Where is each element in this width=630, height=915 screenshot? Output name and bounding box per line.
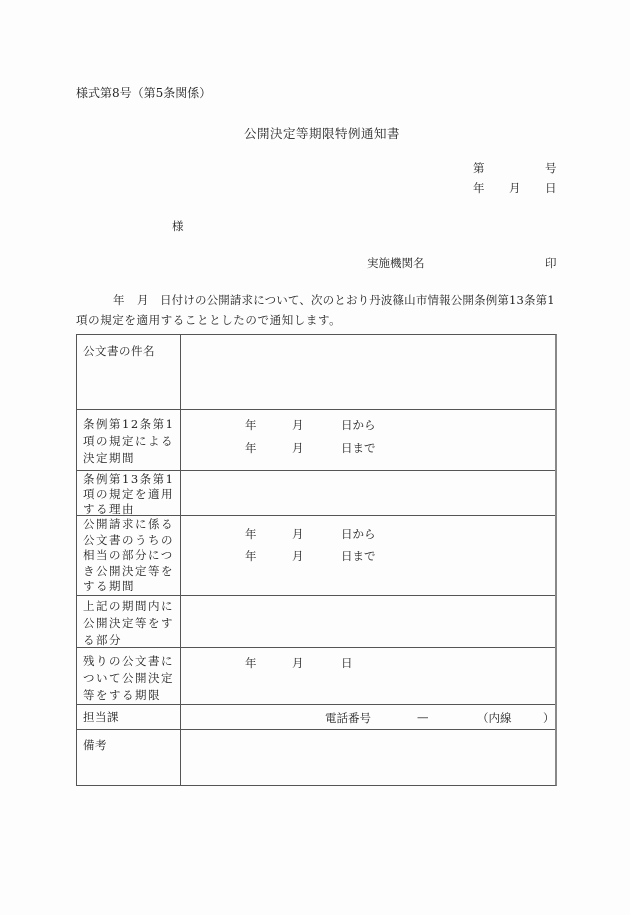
row-remarks: 備考 — [77, 730, 555, 785]
label-remarks: 備考 — [77, 730, 181, 785]
row-document-subject: 公文書の件名 — [77, 335, 555, 410]
date-day: 日 — [545, 180, 557, 196]
extension-open: （内線 — [477, 710, 512, 726]
date-year: 年 — [473, 180, 485, 196]
value-application-reason[interactable] — [181, 471, 555, 515]
deadline-year: 年 — [245, 655, 257, 671]
from-day: 日から — [341, 417, 376, 433]
doc-number-suffix: 号 — [545, 160, 557, 176]
value-document-subject[interactable] — [181, 335, 555, 409]
label-partial-scope: 上記の期間内に公開決定等をする部分 — [77, 596, 181, 647]
row-partial-scope: 上記の期間内に公開決定等をする部分 — [77, 596, 555, 648]
seal-mark: 印 — [545, 255, 557, 271]
from-month: 月 — [292, 417, 304, 433]
from-month: 月 — [292, 526, 304, 542]
deadline-month: 月 — [292, 655, 304, 671]
phone-dash: — — [417, 710, 429, 724]
to-month: 月 — [292, 548, 304, 564]
doc-number-prefix: 第 — [473, 160, 485, 176]
value-remaining-deadline[interactable]: 年 月 日 — [181, 648, 555, 704]
issuer-label: 実施機関名 — [367, 255, 425, 271]
notice-table: 公文書の件名 条例第12条第1項の規定による決定期間 年 月 日から 年 月 日… — [76, 334, 557, 786]
row-remaining-deadline: 残りの公文書について公開決定等をする期限 年 月 日 — [77, 648, 555, 705]
to-day: 日まで — [341, 548, 376, 564]
row-decision-period: 条例第12条第1項の規定による決定期間 年 月 日から 年 月 日まで — [77, 410, 555, 471]
to-month: 月 — [292, 440, 304, 456]
form-number: 様式第8号（第5条関係） — [76, 84, 211, 101]
from-day: 日から — [341, 526, 376, 542]
to-day: 日まで — [341, 440, 376, 456]
value-decision-period[interactable]: 年 月 日から 年 月 日まで — [181, 410, 555, 470]
label-document-subject: 公文書の件名 — [77, 335, 181, 409]
row-partial-period: 公開請求に係る公文書のうちの相当の部分につき公開決定等をする期間 年 月 日から… — [77, 516, 555, 596]
row-department: 担当課 電話番号 — （内線 ） — [77, 705, 555, 730]
intro-month: 月 — [137, 292, 149, 308]
label-decision-period: 条例第12条第1項の規定による決定期間 — [77, 410, 181, 470]
intro-line1: 日付けの公開請求について、次のとおり丹波篠山市情報公開条例第13条第1 — [160, 292, 555, 308]
to-year: 年 — [245, 548, 257, 564]
value-remarks[interactable] — [181, 730, 555, 785]
deadline-day: 日 — [341, 655, 353, 671]
from-year: 年 — [245, 417, 257, 433]
value-department[interactable]: 電話番号 — （内線 ） — [181, 705, 555, 729]
extension-close: ） — [543, 710, 555, 726]
value-partial-period[interactable]: 年 月 日から 年 月 日まで — [181, 516, 555, 595]
label-partial-period: 公開請求に係る公文書のうちの相当の部分につき公開決定等をする期間 — [77, 516, 181, 595]
label-application-reason: 条例第13条第1項の規定を適用する理由 — [77, 471, 181, 515]
label-department: 担当課 — [77, 705, 181, 729]
intro-year: 年 — [113, 292, 125, 308]
value-partial-scope[interactable] — [181, 596, 555, 647]
from-year: 年 — [245, 526, 257, 542]
row-application-reason: 条例第13条第1項の規定を適用する理由 — [77, 471, 555, 516]
intro-line2: 項の規定を適用することとしたので通知します。 — [76, 312, 341, 328]
phone-label: 電話番号 — [325, 710, 371, 726]
to-year: 年 — [245, 440, 257, 456]
document-title: 公開決定等期限特例通知書 — [244, 124, 400, 142]
label-remaining-deadline: 残りの公文書について公開決定等をする期限 — [77, 648, 181, 704]
addressee-suffix: 様 — [172, 218, 184, 234]
date-month: 月 — [509, 180, 521, 196]
